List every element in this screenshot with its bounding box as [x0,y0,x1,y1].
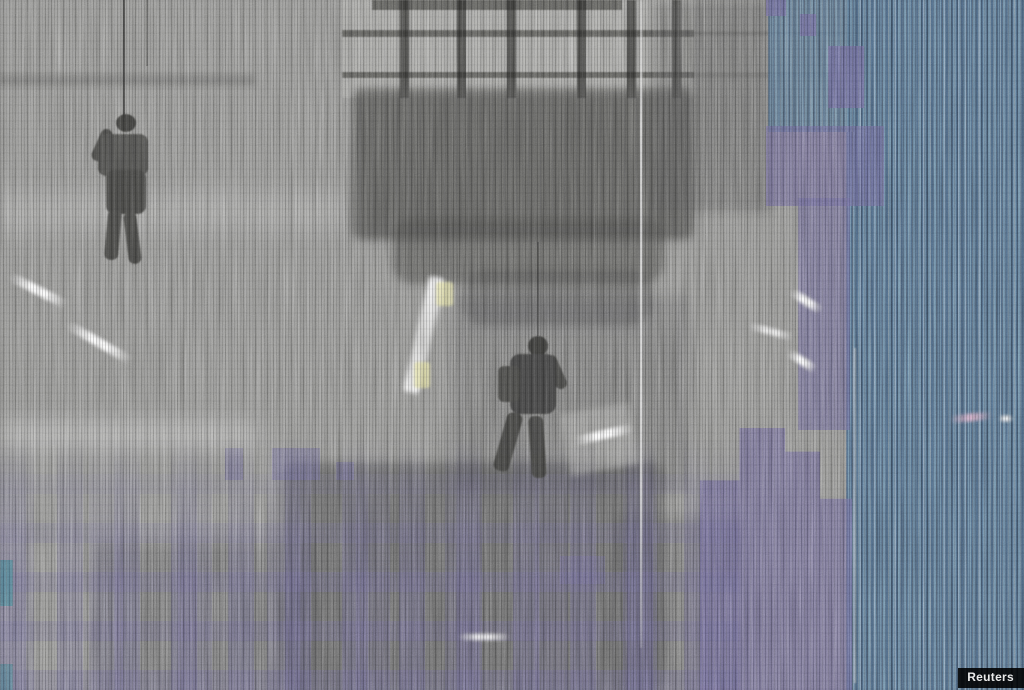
reuters-watermark: Reuters [958,668,1024,688]
film-grain-overlay [0,0,1024,690]
news-photo-canvas: Reuters [0,0,1024,690]
